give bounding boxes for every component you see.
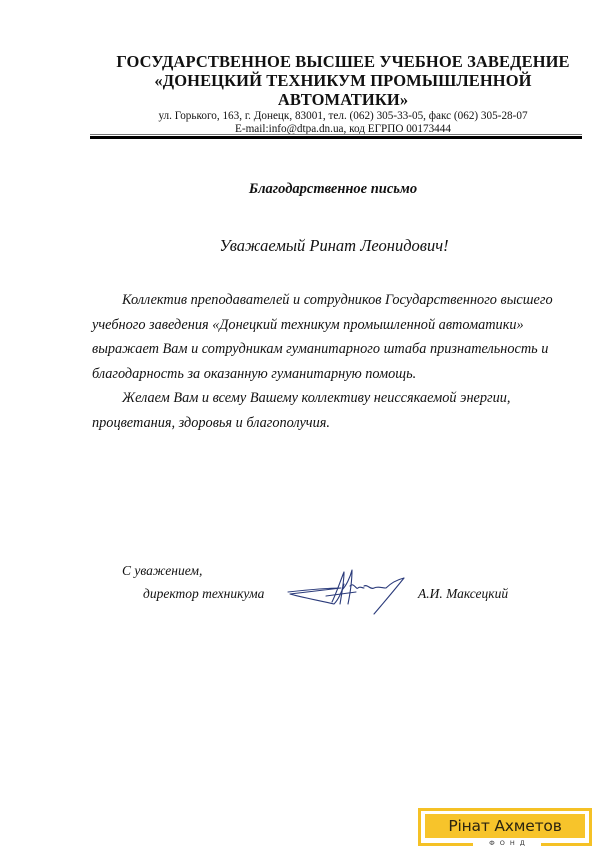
- organization-name-line: ГОСУДАРСТВЕННОЕ ВЫСШЕЕ УЧЕБНОЕ ЗАВЕДЕНИЕ: [104, 52, 582, 71]
- closing: С уважением,: [122, 563, 202, 579]
- body-line: благодарность за оказанную гуманитарную …: [92, 362, 572, 387]
- letterhead-divider: [90, 134, 582, 139]
- organization-name-line: «ДОНЕЦКИЙ ТЕХНИКУМ ПРОМЫШЛЕННОЙ: [104, 71, 582, 90]
- body-line: Коллектив преподавателей и сотрудников Г…: [92, 288, 572, 313]
- signature-icon: [286, 566, 416, 618]
- body-line: учебного заведения «Донецкий техникум пр…: [92, 313, 572, 338]
- logo-name: Рінат Ахметов: [448, 817, 561, 835]
- logo-subtitle: ФОНД: [473, 838, 541, 848]
- organization-name: ГОСУДАРСТВЕННОЕ ВЫСШЕЕ УЧЕБНОЕ ЗАВЕДЕНИЕ…: [92, 52, 582, 109]
- logo-name-box: Рінат Ахметов: [425, 814, 585, 838]
- organization-address: ул. Горького, 163, г. Донецк, 83001, тел…: [92, 110, 582, 123]
- letter-title: Благодарственное письмо: [0, 181, 608, 198]
- foundation-logo: Рінат Ахметов ФОНД: [418, 808, 592, 846]
- signer-name: А.И. Максецкий: [418, 586, 508, 602]
- letterhead: ГОСУДАРСТВЕННОЕ ВЫСШЕЕ УЧЕБНОЕ ЗАВЕДЕНИЕ…: [92, 52, 582, 136]
- body-line: Желаем Вам и всему Вашему коллективу неи…: [92, 386, 572, 411]
- salutation: Уважаемый Ринат Леонидович!: [0, 236, 608, 256]
- signer-position: директор техникума: [143, 586, 264, 602]
- body-line: процветания, здоровья и благополучия.: [92, 411, 572, 436]
- organization-name-line: АВТОМАТИКИ»: [104, 90, 582, 109]
- letter-body: Коллектив преподавателей и сотрудников Г…: [92, 288, 572, 436]
- body-line: выражает Вам и сотрудникам гуманитарного…: [92, 337, 572, 362]
